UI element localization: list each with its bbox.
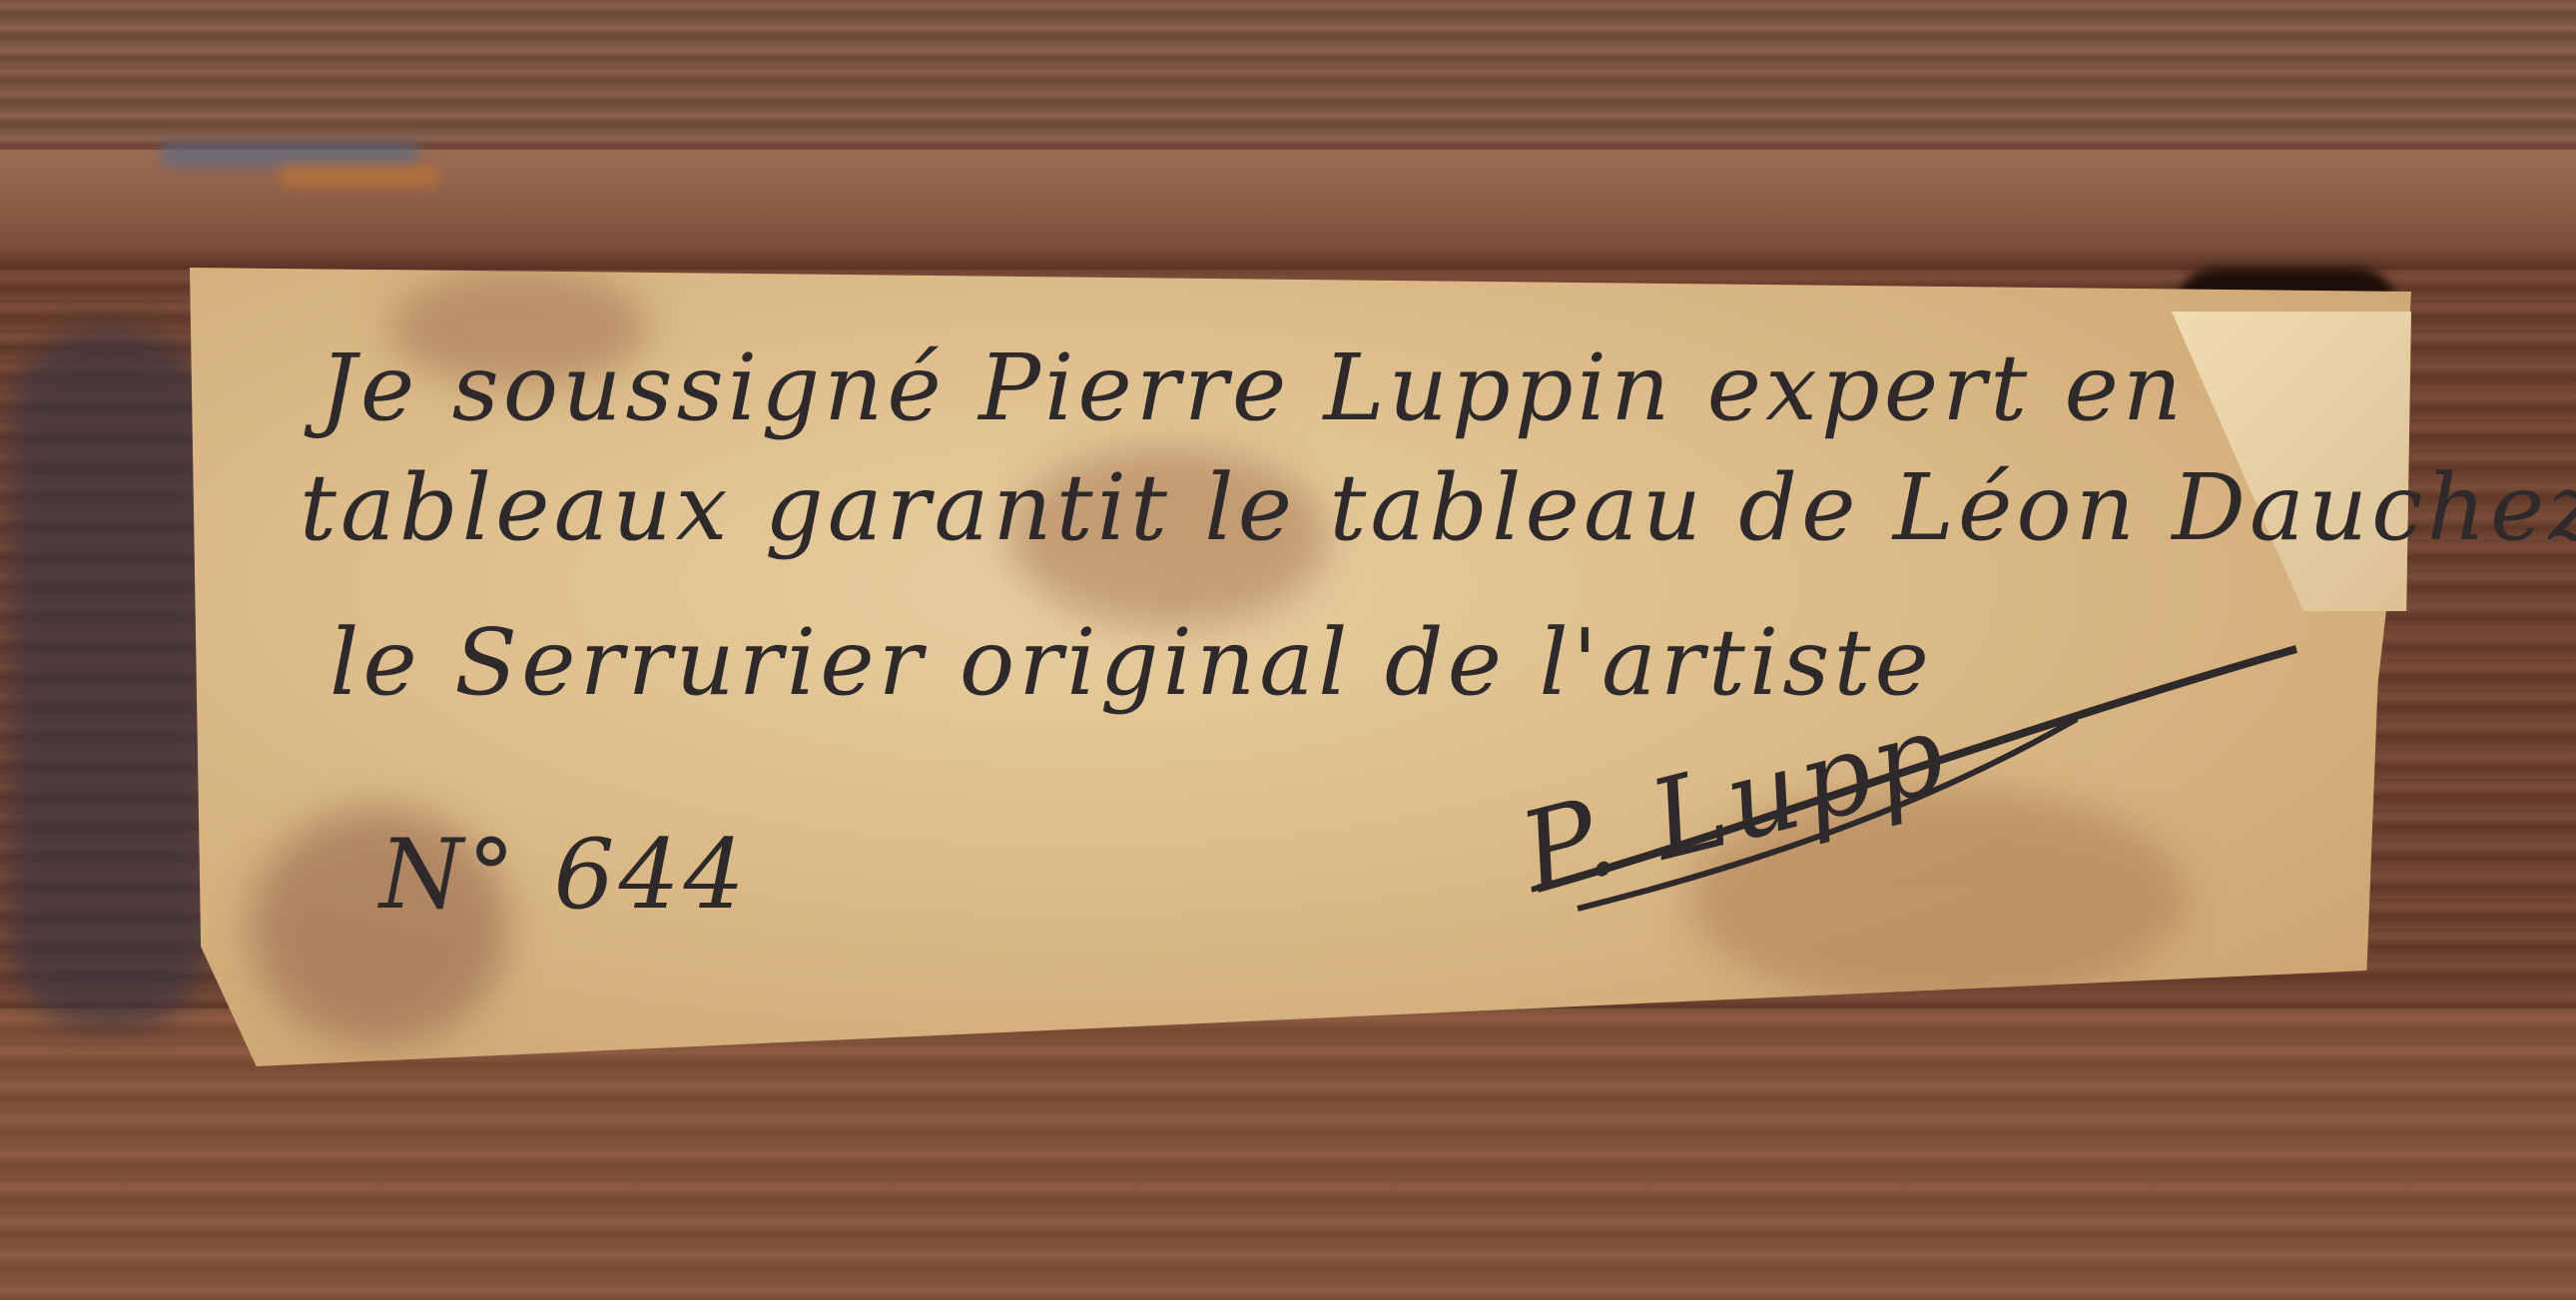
wood-plank-top bbox=[0, 0, 2576, 150]
handwritten-line-1: Je soussigné Pierre Luppin expert en bbox=[320, 334, 2186, 441]
handwritten-line-2: tableaux garantit le tableau de Léon Dau… bbox=[300, 454, 2576, 561]
inventory-number: N° 644 bbox=[379, 819, 749, 931]
paint-stain-orange bbox=[280, 165, 439, 187]
signature-flourish bbox=[1518, 639, 2316, 919]
dark-stain-left bbox=[10, 329, 210, 1028]
